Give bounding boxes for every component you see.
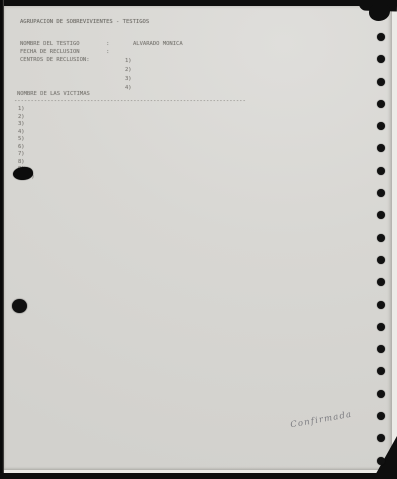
binding-hole-dot <box>377 323 385 331</box>
binding-hole-dot <box>377 256 385 264</box>
detention-center-item: 2) <box>125 66 132 75</box>
detention-center-item: 1) <box>125 57 132 66</box>
witness-name-value: ALVARADO MONICA <box>133 41 183 48</box>
scanned-document: AGRUPACION DE SOBREVIVIENTES - TESTIGOS … <box>0 0 397 479</box>
hole-punch-mark <box>12 299 27 313</box>
binding-holes-column <box>377 33 385 465</box>
victims-heading: NOMBRE DE LAS VICTIMAS <box>17 91 90 98</box>
victim-item: 5) <box>18 136 35 144</box>
scan-edge-bottom <box>0 473 397 479</box>
binding-hole-dot <box>377 211 385 219</box>
detention-centers-label: CENTROS DE RECLUSION: <box>20 57 90 64</box>
binding-hole-dot <box>377 457 385 465</box>
victim-item: 2) <box>18 114 35 122</box>
victim-item: 4) <box>18 129 35 137</box>
victim-item: 3) <box>18 121 35 129</box>
victims-divider: ----------------------------------------… <box>14 98 246 105</box>
binding-hole-dot <box>377 167 385 175</box>
detention-centers-list: 1)2)3)4) <box>125 57 132 93</box>
victim-item: 7) <box>18 151 35 159</box>
binding-hole-dot <box>377 122 385 130</box>
binding-hole-dot <box>377 78 385 86</box>
scan-edge-left <box>0 0 4 479</box>
binding-hole-dot <box>377 189 385 197</box>
binding-hole-dot <box>377 100 385 108</box>
binding-hole-dot <box>377 55 385 63</box>
detention-center-item: 3) <box>125 75 132 84</box>
binding-hole-dot <box>377 367 385 375</box>
binding-hole-dot <box>377 412 385 420</box>
binding-hole-dot <box>377 345 385 353</box>
witness-name-label: NOMBRE DEL TESTIGO : <box>20 41 109 48</box>
binding-hole-dot <box>377 434 385 442</box>
detention-center-item: 4) <box>125 84 132 93</box>
binding-hole-dot <box>377 390 385 398</box>
binding-hole-dot <box>377 278 385 286</box>
paper-sheet <box>4 6 392 470</box>
binding-hole-dot <box>377 144 385 152</box>
binding-hole-dot <box>377 234 385 242</box>
victim-item: 6) <box>18 144 35 152</box>
document-title: AGRUPACION DE SOBREVIVIENTES - TESTIGOS <box>20 19 149 26</box>
scan-edge-top <box>0 0 397 6</box>
victim-item: 1) <box>18 106 35 114</box>
binding-hole-dot <box>377 33 385 41</box>
detention-date-label: FECHA DE RECLUSION : <box>20 49 109 56</box>
binding-hole-dot <box>377 301 385 309</box>
victim-item: 8) <box>18 159 35 167</box>
